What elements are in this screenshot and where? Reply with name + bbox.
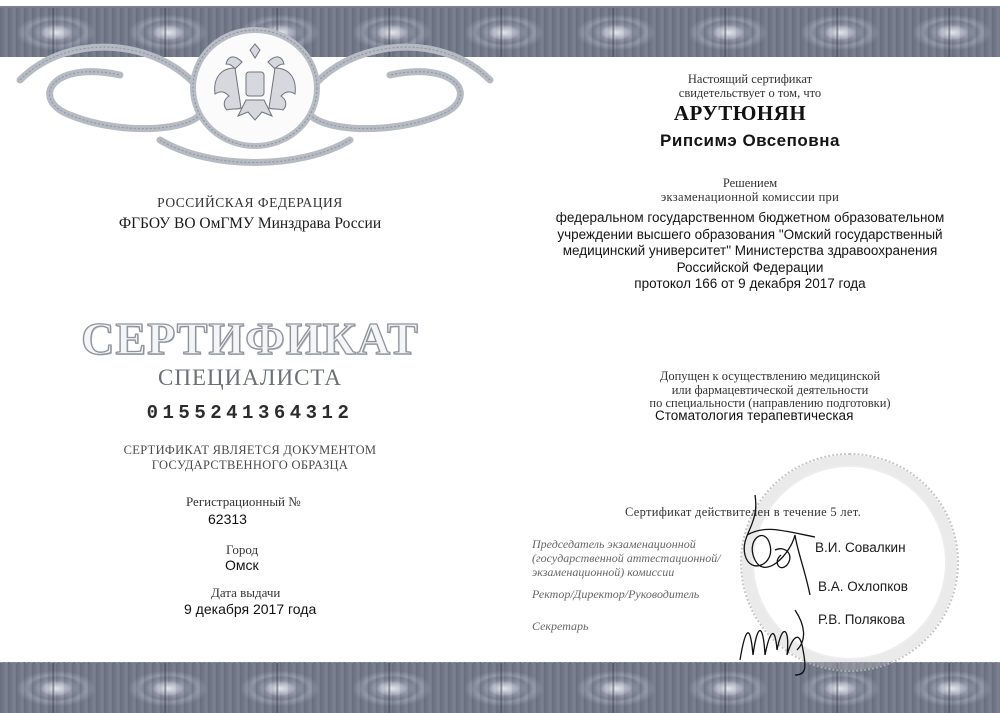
institution-line: федеральном государственном бюджетном об… — [540, 210, 960, 227]
state-document-line-1: СЕРТИФИКАТ ЯВЛЯЕТСЯ ДОКУМЕНТОМ — [0, 443, 500, 458]
certificate-subtitle: СПЕЦИАЛИСТА — [0, 365, 500, 391]
signature-secretary-icon — [735, 600, 815, 680]
institution-line: учреждении высшего образования "Омский г… — [540, 227, 960, 244]
role-chair-line: экзаменационной) комиссии — [532, 565, 721, 579]
admission-line: Допущен к осуществлению медицинской — [580, 370, 960, 384]
admission-line: или фармацевтической деятельности — [580, 384, 960, 398]
signature-chair-rector-icon — [735, 495, 825, 610]
issue-date-label: Дата выдачи — [211, 585, 280, 601]
intro-line-1: Настоящий сертификат — [600, 72, 900, 87]
decision-line-1: Решением — [540, 176, 960, 191]
federation-heading: РОССИЙСКАЯ ФЕДЕРАЦИЯ — [0, 195, 500, 211]
specialty-value: Стоматология терапевтическая — [655, 408, 853, 423]
decision-line-2: экзаменационной комиссии при — [540, 190, 960, 205]
certificate-title: СЕРТИФИКАТ — [0, 312, 500, 365]
russian-double-headed-eagle-icon — [10, 20, 500, 170]
institution-line: медицинский университет" Министерства зд… — [540, 243, 960, 260]
issue-date-value: 9 декабря 2017 года — [184, 601, 316, 617]
state-document-line-2: ГОСУДАРСТВЕННОГО ОБРАЗЦА — [0, 458, 500, 473]
role-rector: Ректор/Директор/Руководитель — [532, 587, 699, 601]
role-chair: Председатель экзаменационной (государств… — [532, 537, 721, 579]
holder-given-names: Рипсимэ Овсеповна — [600, 131, 900, 151]
institution-line: Российской Федерации — [540, 260, 960, 277]
holder-surname: АРУТЮНЯН — [600, 101, 880, 126]
registration-label: Регистрационный № — [186, 494, 301, 510]
role-chair-line: Председатель экзаменационной — [532, 537, 721, 551]
city-label: Город — [226, 542, 258, 558]
signer-chair: В.И. Совалкин — [815, 540, 906, 555]
certificate-number: 0155241364312 — [0, 402, 500, 424]
admission-block: Допущен к осуществлению медицинской или … — [580, 370, 960, 411]
institution-block: федеральном государственном бюджетном об… — [540, 210, 960, 293]
organization-name: ФГБОУ ВО ОмГМУ Минздрава России — [0, 215, 500, 233]
intro-line-2: свидетельствует о том, что — [600, 86, 900, 101]
registration-value: 62313 — [208, 511, 247, 527]
signer-secretary: Р.В. Полякова — [818, 612, 905, 627]
role-secretary: Секретарь — [532, 619, 588, 633]
protocol-line: протокол 166 от 9 декабря 2017 года — [540, 276, 960, 293]
city-value: Омск — [225, 557, 259, 573]
signer-rector: В.А. Охлопков — [818, 579, 908, 594]
emblem-ornament — [10, 20, 500, 170]
role-chair-line: (государственной аттестационной/ — [532, 551, 721, 565]
